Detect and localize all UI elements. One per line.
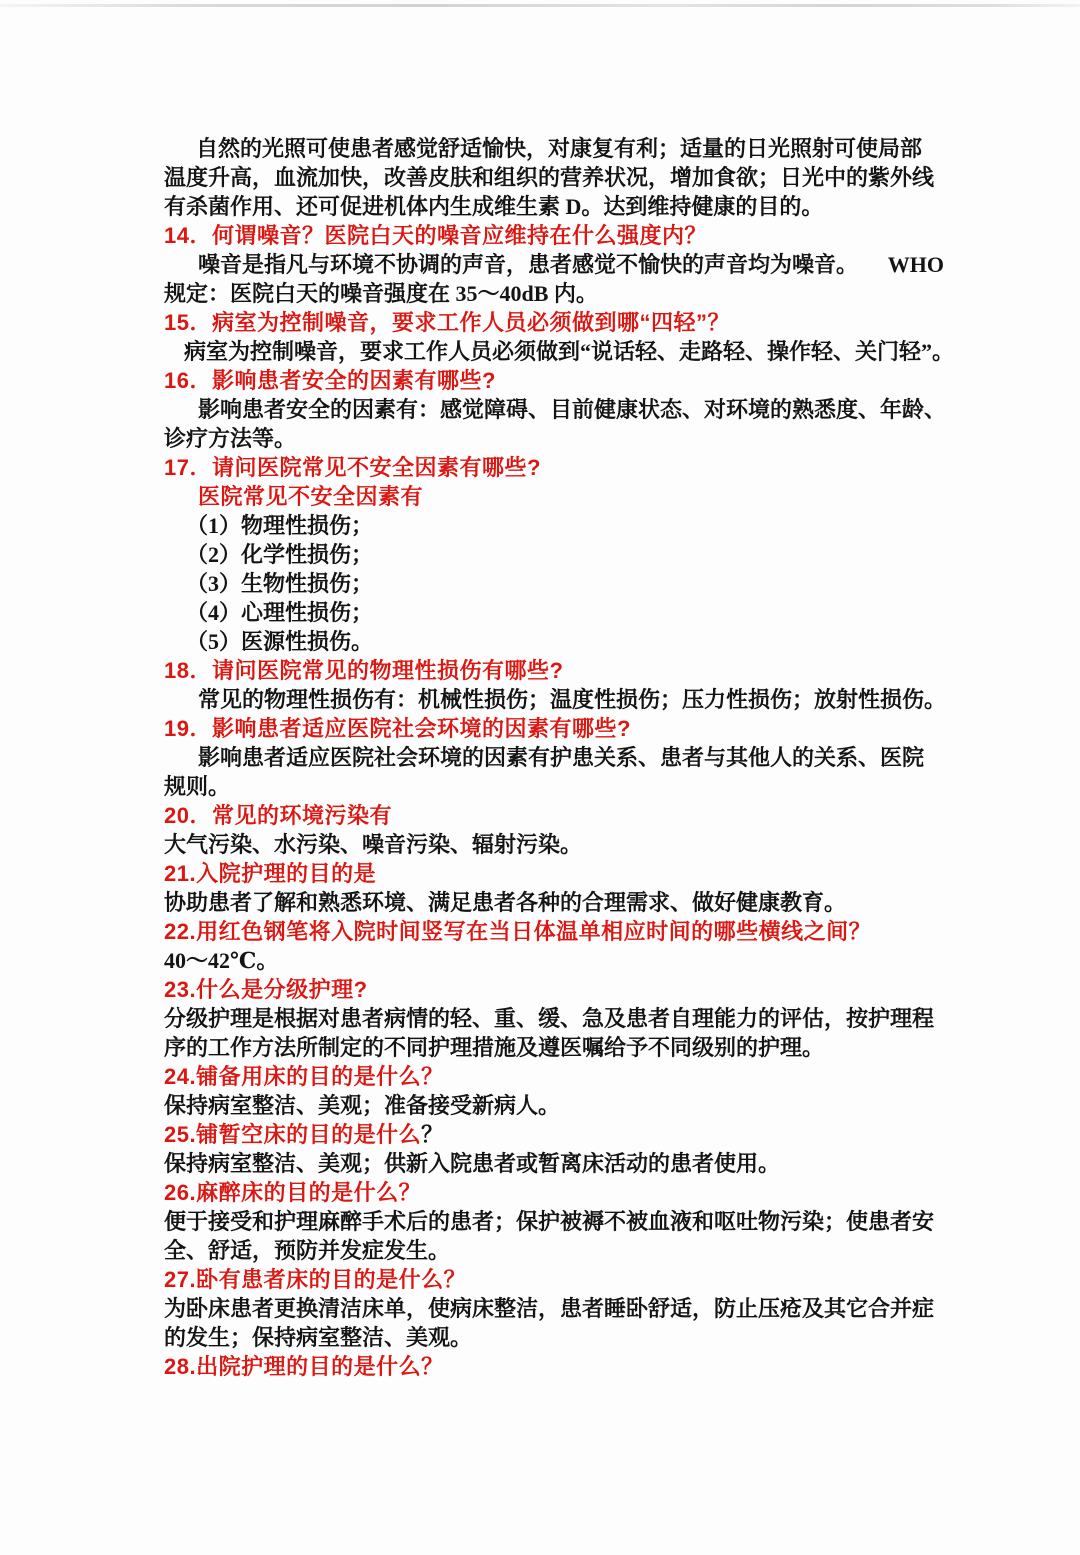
text-segment: （4）心理性损伤； bbox=[186, 598, 373, 627]
question-line: 19．影响患者适应医院社会环境的因素有哪些? bbox=[164, 714, 944, 743]
answer-line: 保持病室整洁、美观；供新入院患者或暂离床活动的患者使用。 bbox=[164, 1149, 944, 1178]
question-line: 20．常见的环境污染有 bbox=[164, 801, 944, 830]
text-segment: 自然的光照可使患者感觉舒适愉快，对康复有利；适量的日光照射可使局部 bbox=[196, 134, 922, 163]
text-segment: ？ bbox=[421, 1120, 444, 1149]
answer-line: 保持病室整洁、美观；准备接受新病人。 bbox=[164, 1091, 944, 1120]
answer-line: 全、舒适，预防并发症发生。 bbox=[164, 1236, 944, 1265]
text-segment: （1）物理性损伤； bbox=[186, 511, 373, 540]
text-segment: 15．病室为控制噪音，要求工作人员必须做到哪“四轻”？ bbox=[164, 308, 730, 337]
answer-line: 协助患者了解和熟悉环境、满足患者各种的合理需求、做好健康教育。 bbox=[164, 888, 944, 917]
answer-line: 常见的物理性损伤有：机械性损伤；温度性损伤；压力性损伤；放射性损伤。 bbox=[164, 685, 944, 714]
text-segment: 19．影响患者适应医院社会环境的因素有哪些? bbox=[164, 714, 631, 743]
answer-line: （4）心理性损伤； bbox=[164, 598, 944, 627]
question-line: 18．请问医院常见的物理性损伤有哪些? bbox=[164, 656, 944, 685]
text-segment: 便于接受和护理麻醉手术后的患者；保护被褥不被血液和呕吐物污染；使患者安 bbox=[164, 1207, 934, 1236]
text-segment: 21.入院护理的目的是 bbox=[164, 859, 376, 888]
question-line: 24.铺备用床的目的是什么？ bbox=[164, 1062, 944, 1091]
question-line: 26.麻醉床的目的是什么？ bbox=[164, 1178, 944, 1207]
question-line: 23.什么是分级护理? bbox=[164, 975, 944, 1004]
text-segment: 保持病室整洁、美观；准备接受新病人。 bbox=[164, 1091, 560, 1120]
answer-line: 分级护理是根据对患者病情的轻、重、缓、急及患者自理能力的评估，按护理程 bbox=[164, 1004, 944, 1033]
text-segment: 影响患者安全的因素有：感觉障碍、目前健康状态、对环境的熟悉度、年龄、 bbox=[198, 395, 946, 424]
text-segment: 26.麻醉床的目的是什么？ bbox=[164, 1178, 421, 1207]
answer-line: 影响患者安全的因素有：感觉障碍、目前健康状态、对环境的熟悉度、年龄、 bbox=[164, 395, 944, 424]
text-segment: 序的工作方法所制定的不同护理措施及遵医嘱给予不同级别的护理。 bbox=[164, 1033, 824, 1062]
answer-line: （1）物理性损伤； bbox=[164, 511, 944, 540]
answer-line: 为卧床患者更换清洁床单，使病床整洁，患者睡卧舒适，防止压疮及其它合并症 bbox=[164, 1294, 944, 1323]
answer-line: 40～42℃。 bbox=[164, 946, 944, 975]
text-segment: 18．请问医院常见的物理性损伤有哪些? bbox=[164, 656, 563, 685]
text-segment: 28.出院护理的目的是什么？ bbox=[164, 1352, 444, 1381]
answer-line: 病室为控制噪音，要求工作人员必须做到“说话轻、走路轻、操作轻、关门轻”。 bbox=[164, 337, 944, 366]
answer-line: 有杀菌作用、还可促进机体内生成维生素 D。达到维持健康的目的。 bbox=[164, 192, 944, 221]
text-segment: 大气污染、水污染、噪音污染、辐射污染。 bbox=[164, 830, 582, 859]
text-segment: 为卧床患者更换清洁床单，使病床整洁，患者睡卧舒适，防止压疮及其它合并症 bbox=[164, 1294, 934, 1323]
text-segment: 温度升高，血流加快，改善皮肤和组织的营养状况，增加食欲；日光中的紫外线 bbox=[164, 163, 934, 192]
text-segment: （3）生物性损伤； bbox=[186, 569, 373, 598]
question-line: 25.铺暂空床的目的是什么？ bbox=[164, 1120, 944, 1149]
text-segment: （5）医源性损伤。 bbox=[186, 627, 373, 656]
question-line: 医院常见不安全因素有 bbox=[164, 482, 944, 511]
text-segment: 23.什么是分级护理? bbox=[164, 975, 368, 1004]
text-segment: 保持病室整洁、美观；供新入院患者或暂离床活动的患者使用。 bbox=[164, 1149, 780, 1178]
text-segment: 噪音是指凡与环境不协调的声音，患者感觉不愉快的声音均为噪音。 bbox=[198, 250, 858, 279]
question-line: 21.入院护理的目的是 bbox=[164, 859, 944, 888]
answer-line: 温度升高，血流加快，改善皮肤和组织的营养状况，增加食欲；日光中的紫外线 bbox=[164, 163, 944, 192]
answer-line: 序的工作方法所制定的不同护理措施及遵医嘱给予不同级别的护理。 bbox=[164, 1033, 944, 1062]
question-line: 15．病室为控制噪音，要求工作人员必须做到哪“四轻”？ bbox=[164, 308, 944, 337]
text-segment: 40～42℃。 bbox=[164, 946, 278, 975]
scan-artifact-line bbox=[0, 4, 1080, 7]
answer-line: 大气污染、水污染、噪音污染、辐射污染。 bbox=[164, 830, 944, 859]
text-segment: 常见的物理性损伤有：机械性损伤；温度性损伤；压力性损伤；放射性损伤。 bbox=[198, 685, 946, 714]
text-segment: 16．影响患者安全的因素有哪些? bbox=[164, 366, 496, 395]
text-segment: 分级护理是根据对患者病情的轻、重、缓、急及患者自理能力的评估，按护理程 bbox=[164, 1004, 934, 1033]
answer-line: 规定：医院白天的噪音强度在 35～40dB 内。 bbox=[164, 279, 944, 308]
text-segment: 27.卧有患者床的目的是什么？ bbox=[164, 1265, 466, 1294]
document-content: 自然的光照可使患者感觉舒适愉快，对康复有利；适量的日光照射可使局部温度升高，血流… bbox=[164, 134, 944, 1381]
document-page: 自然的光照可使患者感觉舒适愉快，对康复有利；适量的日光照射可使局部温度升高，血流… bbox=[0, 0, 1080, 1555]
text-segment: 的发生；保持病室整洁、美观。 bbox=[164, 1323, 472, 1352]
question-line: 28.出院护理的目的是什么？ bbox=[164, 1352, 944, 1381]
answer-line: 的发生；保持病室整洁、美观。 bbox=[164, 1323, 944, 1352]
text-segment: 影响患者适应医院社会环境的因素有护患关系、患者与其他人的关系、医院 bbox=[198, 743, 924, 772]
text-segment: WHO bbox=[888, 250, 944, 279]
text-segment: 20．常见的环境污染有 bbox=[164, 801, 392, 830]
answer-line: 噪音是指凡与环境不协调的声音，患者感觉不愉快的声音均为噪音。WHO bbox=[164, 250, 944, 279]
text-segment: 协助患者了解和熟悉环境、满足患者各种的合理需求、做好健康教育。 bbox=[164, 888, 846, 917]
answer-line: 便于接受和护理麻醉手术后的患者；保护被褥不被血液和呕吐物污染；使患者安 bbox=[164, 1207, 944, 1236]
question-line: 14．何谓噪音？医院白天的噪音应维持在什么强度内？ bbox=[164, 221, 944, 250]
question-line: 27.卧有患者床的目的是什么？ bbox=[164, 1265, 944, 1294]
question-line: 17．请问医院常见不安全因素有哪些? bbox=[164, 453, 944, 482]
answer-line: （5）医源性损伤。 bbox=[164, 627, 944, 656]
text-segment: 24.铺备用床的目的是什么？ bbox=[164, 1062, 444, 1091]
answer-line: 自然的光照可使患者感觉舒适愉快，对康复有利；适量的日光照射可使局部 bbox=[164, 134, 944, 163]
text-segment: 规则。 bbox=[164, 772, 230, 801]
text-segment: （2）化学性损伤； bbox=[186, 540, 373, 569]
text-segment: 病室为控制噪音，要求工作人员必须做到“说话轻、走路轻、操作轻、关门轻”。 bbox=[184, 337, 954, 366]
text-segment: 25.铺暂空床的目的是什么 bbox=[164, 1120, 421, 1149]
question-line: 16．影响患者安全的因素有哪些? bbox=[164, 366, 944, 395]
text-segment: 诊疗方法等。 bbox=[164, 424, 296, 453]
answer-line: （3）生物性损伤； bbox=[164, 569, 944, 598]
text-segment: 医院常见不安全因素有 bbox=[198, 482, 423, 511]
text-segment: 17．请问医院常见不安全因素有哪些? bbox=[164, 453, 541, 482]
text-segment: 有杀菌作用、还可促进机体内生成维生素 D。达到维持健康的目的。 bbox=[164, 192, 823, 221]
answer-line: 诊疗方法等。 bbox=[164, 424, 944, 453]
text-segment: 14．何谓噪音？医院白天的噪音应维持在什么强度内？ bbox=[164, 221, 707, 250]
text-segment: 全、舒适，预防并发症发生。 bbox=[164, 1236, 450, 1265]
answer-line: 影响患者适应医院社会环境的因素有护患关系、患者与其他人的关系、医院 bbox=[164, 743, 944, 772]
text-segment: 规定：医院白天的噪音强度在 35～40dB 内。 bbox=[164, 279, 598, 308]
text-segment: 22.用红色钢笔将入院时间竖写在当日体温单相应时间的哪些横线之间？ bbox=[164, 917, 871, 946]
question-line: 22.用红色钢笔将入院时间竖写在当日体温单相应时间的哪些横线之间？ bbox=[164, 917, 944, 946]
answer-line: （2）化学性损伤； bbox=[164, 540, 944, 569]
answer-line: 规则。 bbox=[164, 772, 944, 801]
